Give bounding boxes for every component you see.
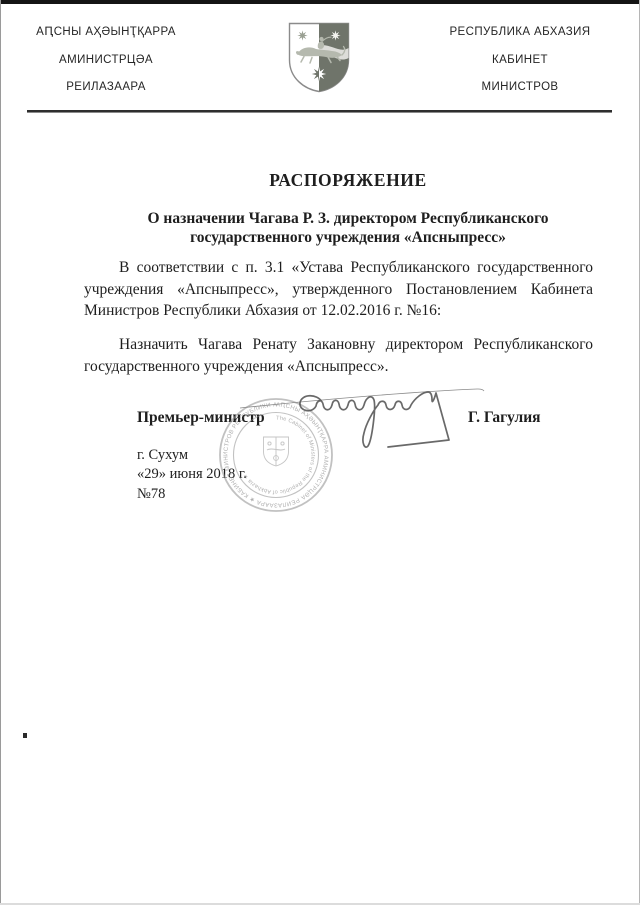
scan-edge-top [0,0,640,4]
signature-scribble-icon [225,378,540,458]
document-title: РАСПОРЯЖЕНИЕ [84,170,612,191]
document-subject-line1: О назначении Чагава Р. З. директором Рес… [84,209,612,228]
scan-edge-left [0,0,1,905]
letterhead-divider [27,110,612,112]
document-subject-line2: государственного учреждения «Апсныпресс» [84,228,612,247]
document-page: АԤСНЫ АҲӘЫНҬҚАРРА АМИНИСТРЦӘА РЕИЛАЗААРА [0,0,640,905]
letterhead-russian-line3: МИНИСТРОВ [434,74,606,102]
letterhead-russian-line1: РЕСПУБЛИКА АБХАЗИЯ [434,19,606,47]
letterhead-abkhaz-line3: РЕИЛАЗААРА [20,74,192,102]
document-subject: О назначении Чагава Р. З. директором Рес… [84,209,612,247]
scan-artifact-dot [23,733,27,738]
paragraph-legal-basis: В соответствии с п. 3.1 «Устава Республи… [84,257,593,322]
letterhead-russian: РЕСПУБЛИКА АБХАЗИЯ КАБИНЕТ МИНИСТРОВ [434,19,606,102]
letterhead-abkhaz-line2: АМИНИСТРЦӘА [20,47,192,75]
letterhead-russian-line2: КАБИНЕТ [434,47,606,75]
letterhead-abkhaz-line1: АԤСНЫ АҲӘЫНҬҚАРРА [20,19,192,47]
document-number: №78 [137,486,165,503]
document-place: г. Сухум [137,447,188,464]
paragraph-resolution: Назначить Чагава Ренату Закановну директ… [84,334,593,377]
abkhazia-coat-of-arms-icon [288,22,350,93]
letterhead-abkhaz: АԤСНЫ АҲӘЫНҬҚАРРА АМИНИСТРЦӘА РЕИЛАЗААРА [20,19,192,102]
